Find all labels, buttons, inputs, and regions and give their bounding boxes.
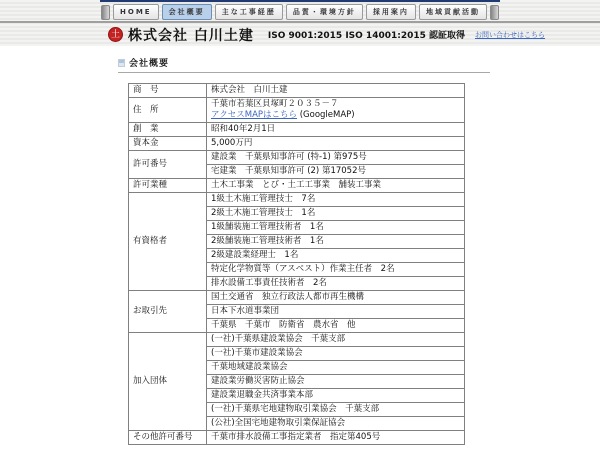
row-value: 2級舗装施工管理技術者 1名 (207, 235, 465, 249)
nav-tab-5[interactable]: 地域貢献活動 (419, 4, 487, 20)
table-row: 許可番号建設業 千葉県知事許可 (特-1) 第975号 (129, 151, 465, 165)
section-title: 会社概要 (129, 56, 169, 69)
row-value: 2級土木施工管理技士 1名 (207, 207, 465, 221)
row-label: 許可業種 (129, 179, 207, 193)
table-row: その他許可番号千葉市排水設備工事指定業者 指定第405号 (129, 431, 465, 445)
row-label: 有資格者 (129, 193, 207, 291)
table-row: 許可業種土木工事業 とび・土工工事業 舗装工事業 (129, 179, 465, 193)
row-value: 2級建設業経理士 1名 (207, 249, 465, 263)
table-row: 資本金5,000万円 (129, 137, 465, 151)
table-row: 住 所千葉市若葉区貝塚町２０３５－７アクセスMAPはこちら (GoogleMAP… (129, 98, 465, 123)
row-value: 国土交通省 独立行政法人都市再生機構 (207, 291, 465, 305)
row-label: 資本金 (129, 137, 207, 151)
section-accent-icon (118, 59, 125, 67)
nav-tab-0[interactable]: HOME (113, 4, 159, 20)
row-value: 特定化学物質等（アスベスト）作業主任者 2名 (207, 263, 465, 277)
row-value: 日本下水道事業団 (207, 305, 465, 319)
nav-tab-3[interactable]: 品質・環境方針 (286, 4, 363, 20)
row-value: 建設業労働災害防止協会 (207, 375, 465, 389)
nav-left-handle-icon (101, 5, 110, 20)
contact-link[interactable]: お問い合わせはこちら (475, 30, 545, 40)
company-logo-icon: 土 (108, 27, 123, 42)
company-name: 株式会社 白川土建 (128, 25, 254, 45)
company-header: 土 株式会社 白川土建 ISO 9001:2015 ISO 14001:2015… (100, 23, 500, 46)
nav-buttons: HOME会社概要主な工事経歴品質・環境方針採用案内地域貢献活動 (113, 4, 487, 20)
row-value: 千葉地域建設業協会 (207, 361, 465, 375)
row-label: 商 号 (129, 84, 207, 98)
nav-tab-2[interactable]: 主な工事経歴 (215, 4, 283, 20)
row-label: 加入団体 (129, 333, 207, 431)
row-value: 宅建業 千葉県知事許可 (2) 第17052号 (207, 165, 465, 179)
row-value: 土木工事業 とび・土工工事業 舗装工事業 (207, 179, 465, 193)
section-header: 会社概要 (118, 56, 500, 69)
map-link-suffix: (GoogleMAP) (297, 110, 355, 120)
nav-tab-4[interactable]: 採用案内 (366, 4, 416, 20)
nav-right-handle-icon (490, 5, 499, 20)
row-value: 1級土木施工管理技士 7名 (207, 193, 465, 207)
row-value: 建設業 千葉県知事許可 (特-1) 第975号 (207, 151, 465, 165)
section-rule (118, 72, 490, 73)
row-value: 建設業退職金共済事業本部 (207, 389, 465, 403)
row-value: (一社)千葉市建設業協会 (207, 347, 465, 361)
page-header-band: HOME会社概要主な工事経歴品質・環境方針採用案内地域貢献活動 土 株式会社 白… (0, 0, 600, 46)
row-label: 住 所 (129, 98, 207, 123)
row-value: 排水設備工事責任技術者 2名 (207, 277, 465, 291)
main-content: 会社概要 商 号株式会社 白川土建住 所千葉市若葉区貝塚町２０３５－７アクセスM… (100, 56, 500, 445)
row-value: (公社)全国宅地建物取引業保証協会 (207, 417, 465, 431)
row-value: 昭和40年2月1日 (207, 123, 465, 137)
iso-certification-text: ISO 9001:2015 ISO 14001:2015 認証取得 (268, 28, 465, 41)
table-row: 創 業昭和40年2月1日 (129, 123, 465, 137)
row-value: 株式会社 白川土建 (207, 84, 465, 98)
address-text: 千葉市若葉区貝塚町２０３５－７ (211, 99, 339, 109)
row-value: 5,000万円 (207, 137, 465, 151)
row-value: 千葉市排水設備工事指定業者 指定第405号 (207, 431, 465, 445)
row-label: その他許可番号 (129, 431, 207, 445)
company-overview-table: 商 号株式会社 白川土建住 所千葉市若葉区貝塚町２０３５－７アクセスMAPはこち… (128, 83, 465, 445)
table-row: 加入団体(一社)千葉県建設業協会 千葉支部 (129, 333, 465, 347)
row-value: (一社)千葉県建設業協会 千葉支部 (207, 333, 465, 347)
row-value: (一社)千葉県宅地建物取引業協会 千葉支部 (207, 403, 465, 417)
row-value: 千葉市若葉区貝塚町２０３５－７アクセスMAPはこちら (GoogleMAP) (207, 98, 465, 123)
table-row: 有資格者1級土木施工管理技士 7名 (129, 193, 465, 207)
nav-tab-1[interactable]: 会社概要 (162, 4, 212, 20)
row-label: 許可番号 (129, 151, 207, 179)
row-label: お取引先 (129, 291, 207, 333)
row-value: 千葉県 千葉市 防衛省 農水省 他 (207, 319, 465, 333)
access-map-link[interactable]: アクセスMAPはこちら (211, 110, 297, 120)
row-value: 1級舗装施工管理技術者 1名 (207, 221, 465, 235)
nav-bar: HOME会社概要主な工事経歴品質・環境方針採用案内地域貢献活動 (100, 0, 500, 21)
table-row: お取引先国土交通省 独立行政法人都市再生機構 (129, 291, 465, 305)
table-row: 商 号株式会社 白川土建 (129, 84, 465, 98)
row-label: 創 業 (129, 123, 207, 137)
